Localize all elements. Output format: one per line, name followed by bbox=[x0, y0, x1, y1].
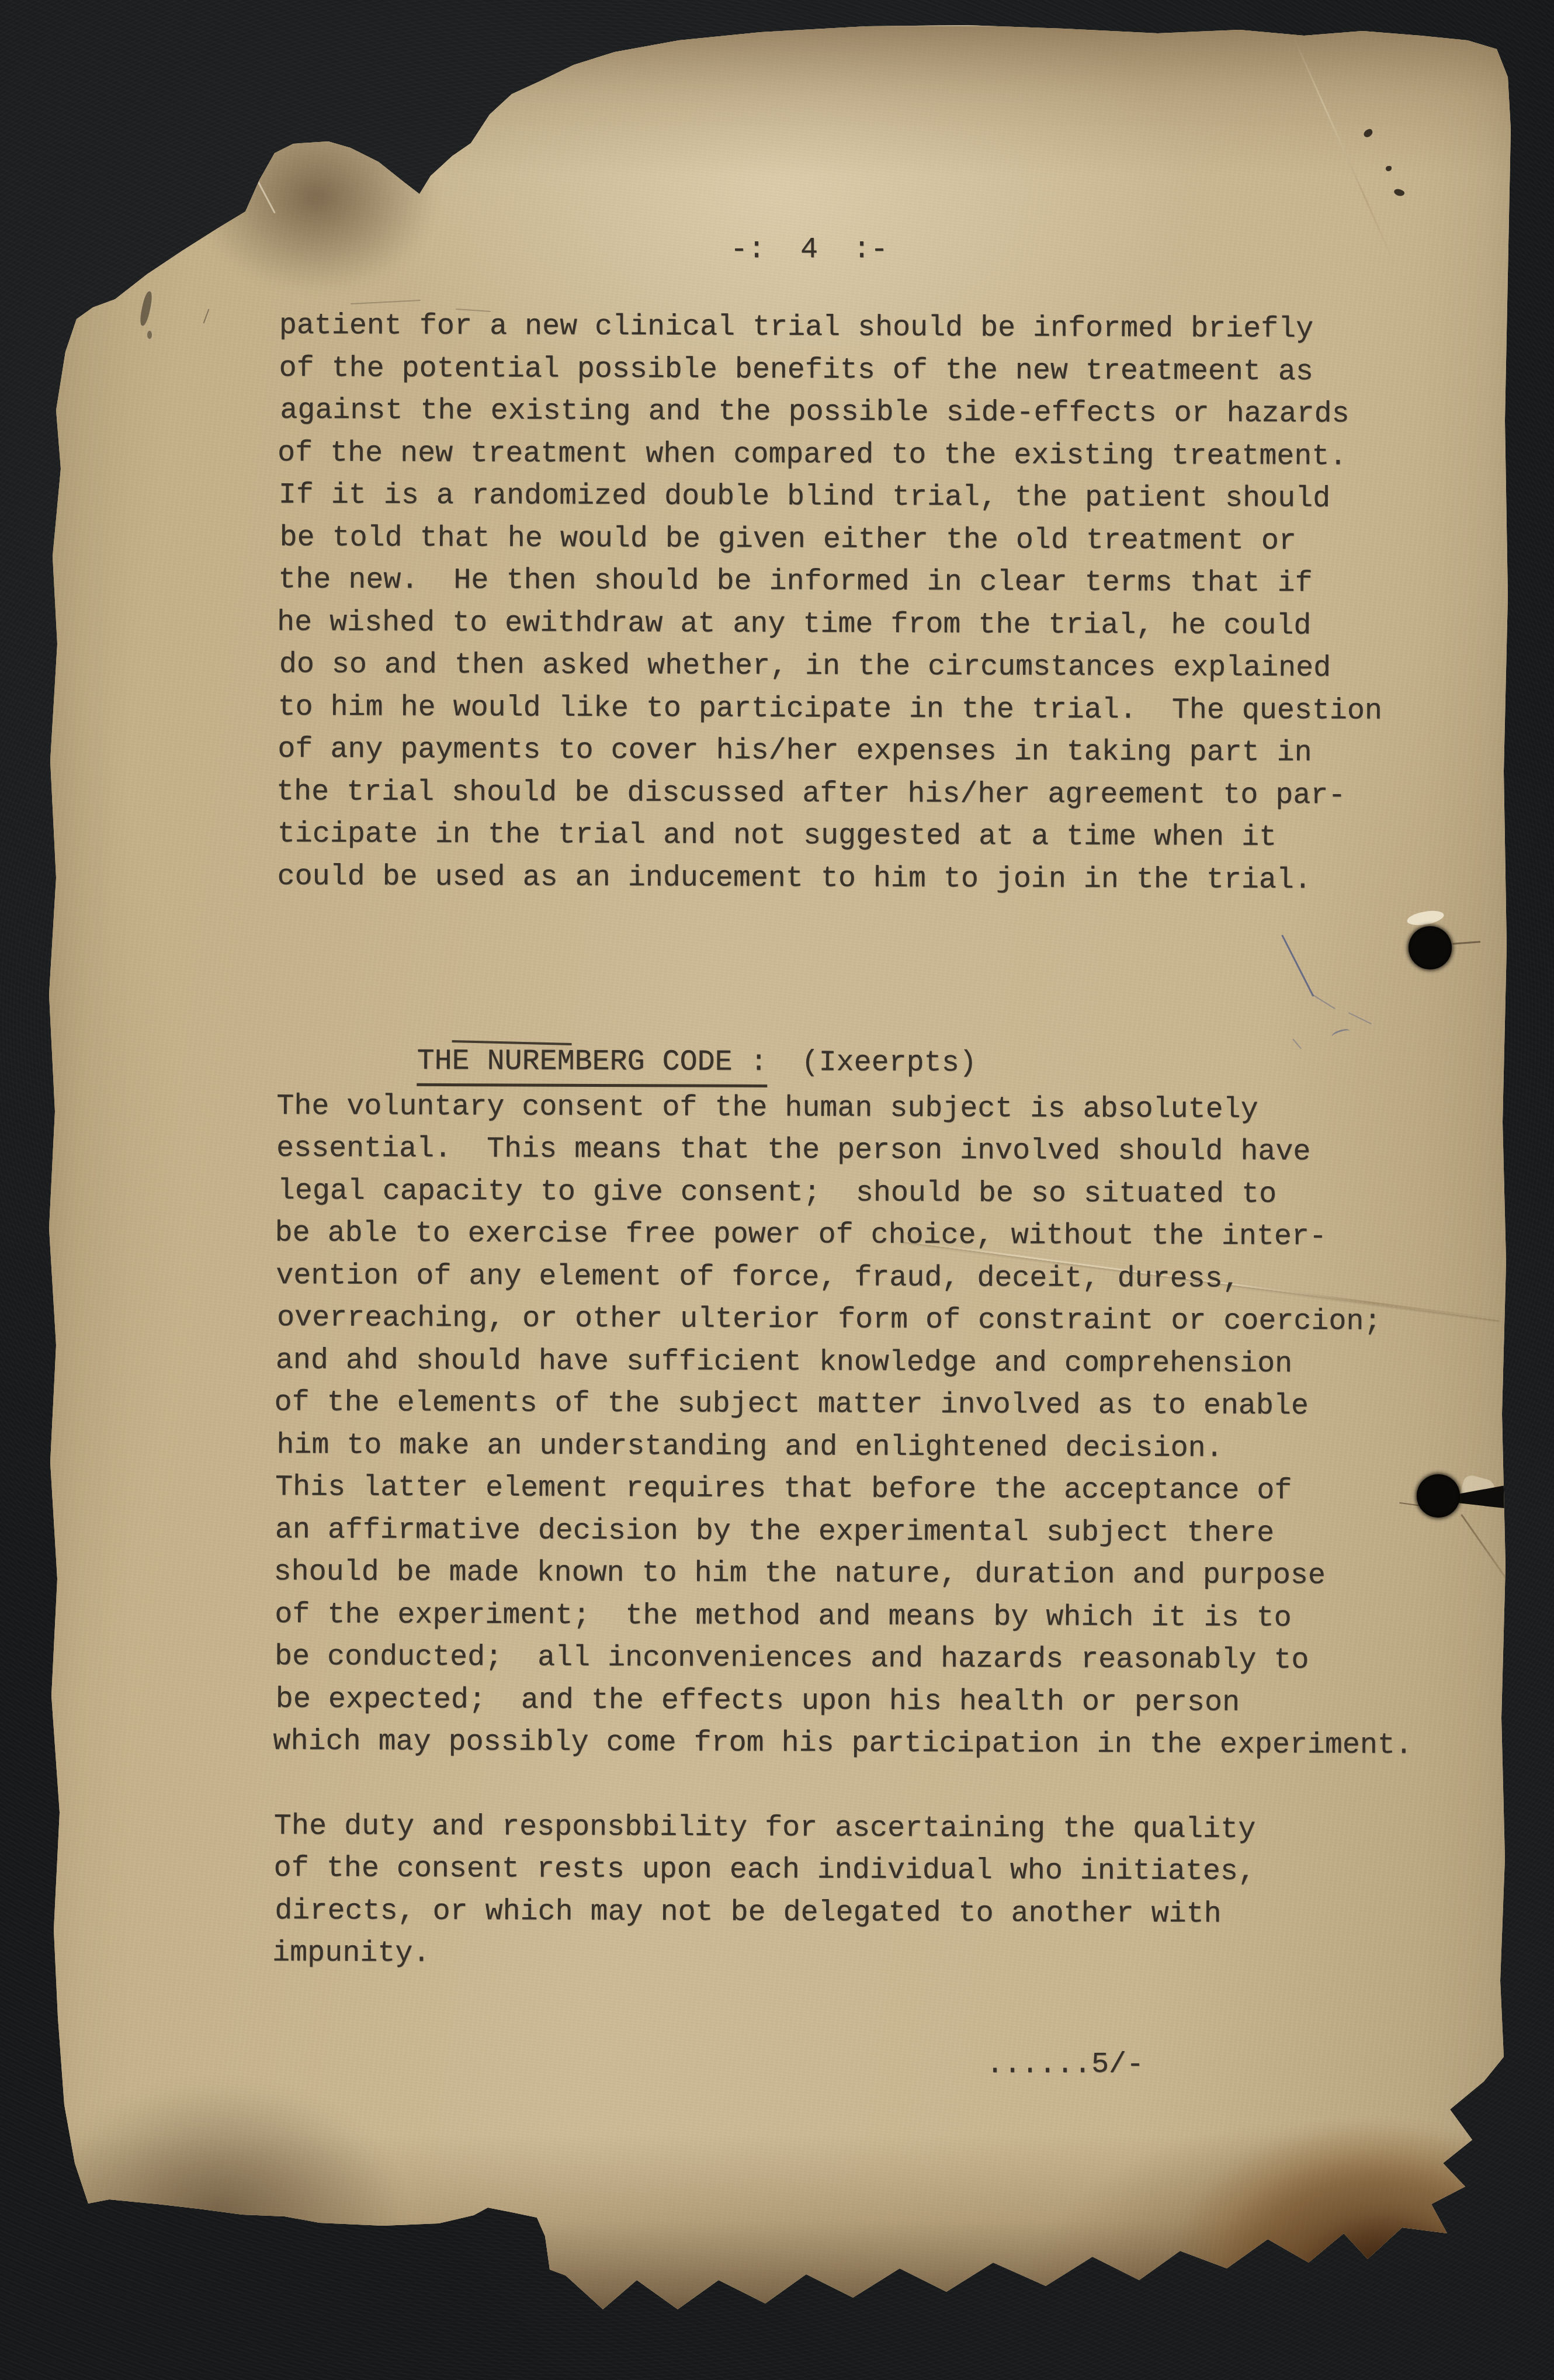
text-line: of the consent rests upon each individua… bbox=[274, 1848, 1413, 1894]
text-line: and ahd should have sufficient knowledge… bbox=[276, 1339, 1414, 1385]
text-line: of the potential possible benefits of th… bbox=[279, 347, 1417, 393]
stain-dark-core bbox=[1285, 2197, 1496, 2361]
text-line: an affirmative decision by the experimen… bbox=[275, 1509, 1414, 1555]
text-line: overreaching, or other ulterior form of … bbox=[277, 1297, 1414, 1343]
text-line: of the experiment; the method and means … bbox=[275, 1593, 1413, 1640]
body-text: patient for a new clinical trial should … bbox=[273, 305, 1417, 1979]
hole-punch-bottom bbox=[1417, 1474, 1460, 1518]
ink-smudge bbox=[147, 331, 152, 339]
heading-excerpt-label: (Ixeerpts) bbox=[802, 1046, 977, 1080]
text-line: against the existing and the possible si… bbox=[280, 390, 1417, 436]
text-line: be able to exercise free power of choice… bbox=[275, 1212, 1414, 1259]
text-line: impunity. bbox=[272, 1932, 1412, 1979]
text-line: The voluntary consent of the human subje… bbox=[276, 1085, 1415, 1131]
text-line: This latter element requires that before… bbox=[275, 1467, 1414, 1513]
paragraph-duty-responsibility: The duty and responsbbility for ascertai… bbox=[273, 1805, 1412, 1979]
document-page: -: 4 :- patient for a new clinical trial… bbox=[0, 0, 1554, 2380]
text-line: vention of any element of force, fraud, … bbox=[276, 1255, 1414, 1301]
text-line: directs, or which may not be delegated t… bbox=[275, 1890, 1412, 1936]
crease-line bbox=[1292, 36, 1396, 266]
text-line: could be used as an inducement to him to… bbox=[277, 855, 1416, 902]
ink-smudge bbox=[138, 290, 154, 327]
text-line: essential. This means that the person in… bbox=[276, 1128, 1415, 1174]
text-line: be expected; and the effects upon his he… bbox=[276, 1678, 1413, 1724]
dirt-speck bbox=[1393, 188, 1406, 197]
torn-edge-fiber bbox=[238, 145, 276, 213]
text-line: legal capacity to give consent; should b… bbox=[277, 1170, 1415, 1216]
hole-torn-highlight bbox=[1459, 1474, 1496, 1506]
text-line: should be made known to him the nature, … bbox=[273, 1551, 1413, 1598]
text-line: be told that he would be given either th… bbox=[279, 517, 1417, 563]
text-line: to him he would like to participate in t… bbox=[277, 686, 1416, 732]
stain bbox=[1157, 2104, 1507, 2372]
hole-tear bbox=[1452, 1482, 1517, 1511]
section-heading: THE NUREMBERG CODE :(Ixeerpts) bbox=[277, 997, 1416, 1044]
text-line: of the elements of the subject matter in… bbox=[274, 1382, 1414, 1428]
text-line: of any payments to cover his/her expense… bbox=[277, 729, 1416, 775]
text-line: be conducted; all inconveniences and haz… bbox=[275, 1636, 1413, 1682]
paper-top-shading bbox=[0, 0, 1554, 175]
pencil-scratch bbox=[351, 300, 421, 304]
page-number: -: 4 :- bbox=[730, 229, 888, 271]
paper-bottom-shading bbox=[0, 2135, 1554, 2380]
text-line: of the new treatment when compared to th… bbox=[277, 432, 1417, 478]
text-line: patient for a new clinical trial should … bbox=[279, 305, 1418, 351]
text-line: he wished to ewithdraw at any time from … bbox=[277, 601, 1417, 647]
torn-edge-highlight bbox=[526, 23, 1461, 28]
text-line: the new. He then should be informed in c… bbox=[278, 559, 1417, 605]
text-line: If it is a randomized double blind trial… bbox=[279, 474, 1417, 521]
text-line: The duty and responsbbility for ascertai… bbox=[274, 1805, 1413, 1851]
hole-tear-line bbox=[1452, 941, 1480, 944]
text-line: him to make an understanding and enlight… bbox=[276, 1424, 1414, 1470]
crease-line bbox=[1461, 1514, 1512, 1587]
text-line: which may possibly come from his partici… bbox=[273, 1721, 1413, 1767]
text-line: the trial should be discussed after his/… bbox=[276, 771, 1416, 817]
text-line: do so and then asked whether, in the cir… bbox=[279, 644, 1417, 690]
torn-corner-shading bbox=[193, 99, 467, 316]
heading-title: THE NUREMBERG CODE : bbox=[417, 1044, 767, 1087]
paragraph-clinical-trial: patient for a new clinical trial should … bbox=[277, 305, 1417, 902]
text-line: ticipate in the trial and not suggested … bbox=[277, 813, 1416, 860]
bottom-left-shading bbox=[29, 2033, 450, 2337]
pencil-scratch bbox=[203, 309, 210, 323]
continuation-mark: ......5/- bbox=[986, 2048, 1144, 2081]
paragraph-voluntary-consent: The voluntary consent of the human subje… bbox=[274, 1085, 1414, 1767]
scan-background: -: 4 :- patient for a new clinical trial… bbox=[0, 0, 1554, 2380]
dirt-speck bbox=[1362, 128, 1374, 138]
dirt-speck bbox=[1386, 166, 1392, 171]
